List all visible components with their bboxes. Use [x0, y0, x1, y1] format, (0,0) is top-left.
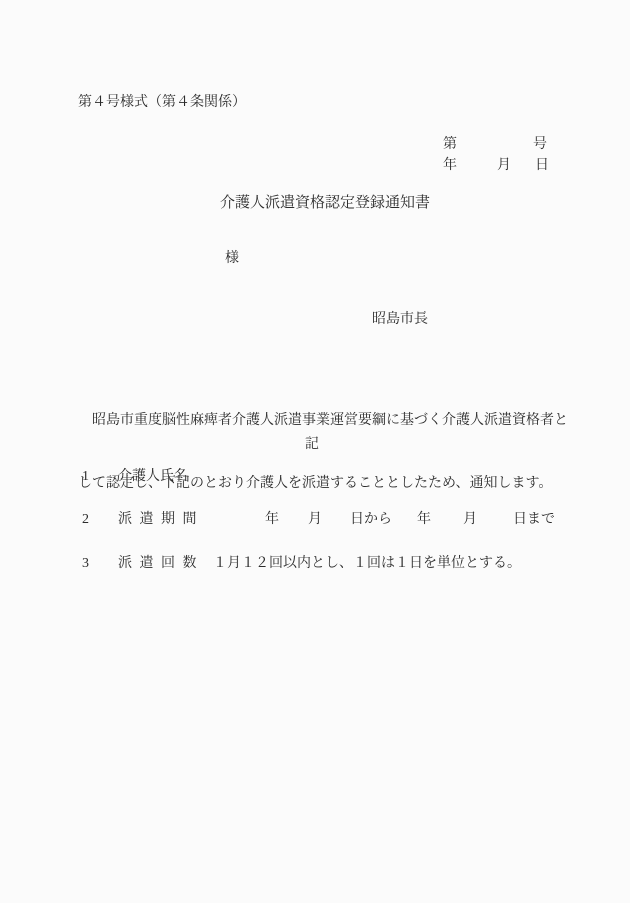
document-page: 第４号様式（第４条関係） 第 号 年 月 日 介護人派遣資格認定登録通知書 様 … [0, 0, 630, 903]
date-month-label: 月 [497, 156, 511, 176]
period-from-month-label: 月 [308, 510, 322, 530]
item-row-caregiver-name: 1 介護人氏名 [0, 467, 630, 487]
form-number: 第４号様式（第４条関係） [78, 93, 246, 113]
period-from-year-label: 年 [265, 510, 279, 530]
item-number: 1 [82, 467, 89, 487]
item-value: １月１２回以内とし、１回は１日を単位とする。 [213, 554, 521, 574]
item-label: 介護人氏名 [118, 467, 188, 487]
addressee-honorific: 様 [225, 249, 239, 269]
item-label: 派遣回数 [118, 554, 204, 574]
item-row-dispatch-period: 2 派遣期間 年 月 日から 年 月 日まで [0, 510, 630, 530]
body-line-1: 昭島市重度脳性麻痺者介護人派遣事業運営要綱に基づく介護人派遣資格者と [78, 409, 578, 432]
doc-number-suffix: 号 [533, 135, 547, 155]
period-to-day-label: 日まで [513, 510, 555, 530]
item-label: 派遣期間 [118, 510, 204, 530]
item-row-dispatch-count: 3 派遣回数 １月１２回以内とし、１回は１日を単位とする。 [0, 554, 630, 574]
period-to-month-label: 月 [463, 510, 477, 530]
period-to-year-label: 年 [417, 510, 431, 530]
item-number: 2 [82, 510, 89, 530]
date-year-label: 年 [443, 156, 457, 176]
doc-number-line: 第 号 [0, 135, 630, 155]
item-number: 3 [82, 554, 89, 574]
period-from-day-label: 日から [350, 510, 392, 530]
document-title: 介護人派遣資格認定登録通知書 [220, 193, 430, 213]
date-day-label: 日 [535, 156, 549, 176]
record-marker: 記 [305, 435, 319, 455]
date-line: 年 月 日 [0, 156, 630, 176]
sender-name: 昭島市長 [372, 310, 428, 330]
doc-number-prefix: 第 [443, 135, 457, 155]
